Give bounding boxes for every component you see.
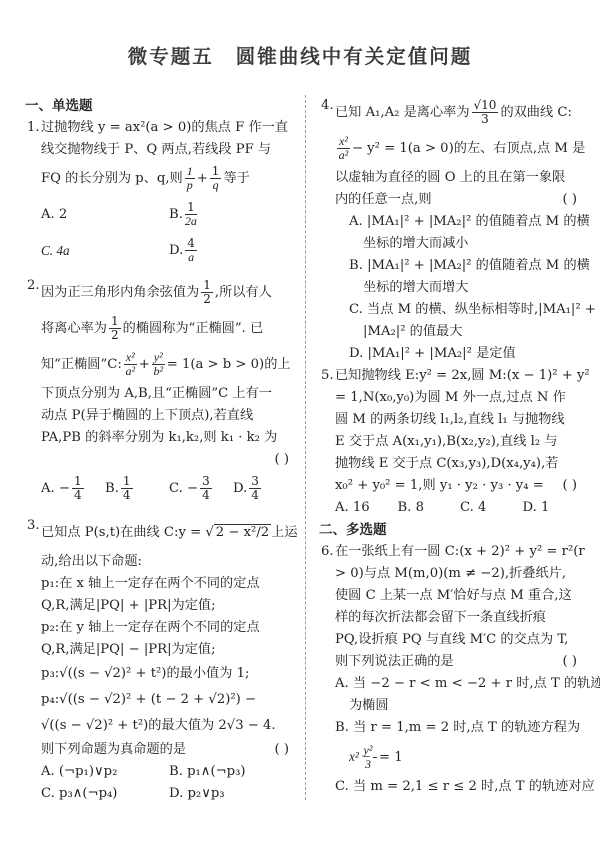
text: 知“正椭圆”C: bbox=[41, 357, 122, 372]
fraction: 4a bbox=[185, 237, 197, 264]
option-d[interactable]: D.4a bbox=[169, 233, 297, 269]
proposition-p4-cont: √((s − √2)² + t²)的最大值为 2√3 − 4. bbox=[41, 713, 297, 739]
question-text-line: 已知抛物线 E:y² = 2x,圆 M:(x − 1)² + y² bbox=[335, 365, 585, 387]
numerator: 1 bbox=[121, 475, 133, 489]
answer-blank[interactable]: ( ) bbox=[275, 739, 297, 761]
denominator: 4 bbox=[200, 489, 212, 502]
numerator: 4 bbox=[185, 237, 197, 251]
question-3: 3. 已知点 P(s,t)在曲线 C:y = √2 − x²/2上运 动,给出以… bbox=[27, 515, 297, 761]
numerator: 1 bbox=[185, 201, 197, 215]
denominator: 3 bbox=[373, 758, 377, 771]
option-text: 为椭圆 bbox=[349, 695, 585, 717]
label: C. − bbox=[169, 481, 198, 496]
denominator: 4 bbox=[72, 489, 84, 502]
question-text-line: 使圆 C 上某一点 M′恰好与点 M 重合,这 bbox=[335, 585, 585, 607]
title-part-1: 微专题五 bbox=[128, 45, 214, 68]
question-text-line: x²a²− y² = 1(a > 0)的左、右顶点,点 M 是 bbox=[335, 131, 585, 167]
proposition-p2-cont: Q,R,满足|PQ| − |PR|为定值; bbox=[41, 639, 297, 661]
answer-options: A. −14 B.14 C. −34 D.34 bbox=[27, 471, 297, 507]
fraction: √103 bbox=[472, 99, 499, 126]
question-text-line: = 1,N(x₀,y₀)为圆 M 外一点,过点 N 作 bbox=[335, 387, 585, 409]
fraction: 12a bbox=[185, 201, 197, 228]
numerator: 1 bbox=[201, 279, 213, 293]
proposition-p1-cont: Q,R,满足|PQ| + |PR|为定值; bbox=[41, 595, 297, 617]
option-c[interactable]: C. 4 bbox=[460, 497, 523, 519]
question-text-line: x₀² + y₀² = 1,则 y₁ · y₂ · y₃ · y₄ =( ) bbox=[335, 475, 585, 497]
text: − y² = 1(a > 0)的左、右顶点,点 M 是 bbox=[352, 141, 585, 156]
text: 内的任意一点,则 bbox=[335, 192, 432, 207]
numerator: y² bbox=[373, 744, 377, 758]
text: 因为正三角形内角余弦值为 bbox=[41, 285, 199, 300]
proposition-p1: p₁:在 x 轴上一定存在两个不同的定点 bbox=[41, 573, 297, 595]
question-text-line: 知“正椭圆”C:x²a²+y²b²= 1(a > b > 0)的上 bbox=[41, 347, 297, 383]
option-b[interactable]: B. 8 bbox=[398, 497, 461, 519]
question-text-line: 因为正三角形内角余弦值为12,所以有人 bbox=[41, 275, 297, 311]
fraction: 12 bbox=[201, 279, 213, 306]
denominator: a² bbox=[124, 365, 137, 378]
answer-blank[interactable]: ( ) bbox=[275, 449, 297, 471]
option-text: A. |MA₁|² + |MA₂|² 的值随着点 M 的横 bbox=[363, 211, 585, 233]
denominator: a² bbox=[337, 149, 350, 162]
option-b[interactable]: B. 当 r = 1,m = 2 时,点 T 的轨迹方程为x² −y²3= 1 bbox=[321, 717, 585, 776]
text: = 1(a > b > 0)的上 bbox=[167, 357, 291, 372]
text: FQ 的长分别为 p、q,则 bbox=[41, 171, 183, 186]
fraction: y²b² bbox=[152, 351, 165, 378]
fraction: 1p bbox=[185, 165, 195, 192]
option-c[interactable]: C. 当 m = 2,1 ≤ r ≤ 2 时,点 T 的轨迹对应 bbox=[321, 776, 585, 798]
page-title: 微专题五圆锥曲线中有关定值问题 bbox=[0, 41, 600, 69]
option-c[interactable]: C. 4a bbox=[41, 233, 169, 269]
fraction: y²3 bbox=[373, 744, 377, 771]
option-text: B. |MA₁|² + |MA₂|² 的值随着点 M 的横 bbox=[363, 255, 585, 277]
denominator: 2 bbox=[201, 293, 213, 306]
text: ,所以有人 bbox=[215, 285, 272, 300]
fraction: 12 bbox=[109, 315, 121, 342]
sqrt-expression: 2 − x²/2 bbox=[214, 524, 271, 540]
question-text-line: 则下列说法正确的是( ) bbox=[335, 651, 585, 673]
answer-blank[interactable]: ( ) bbox=[563, 475, 585, 497]
question-text-line: 下顶点分别为 A,B,且“正椭圆”C 上有一 bbox=[41, 383, 297, 405]
option-d[interactable]: D. |MA₁|² + |MA₂|² 是定值 bbox=[335, 343, 585, 365]
text: 已知 A₁,A₂ 是离心率为 bbox=[335, 105, 470, 120]
question-1: 1. 过抛物线 y = ax²(a > 0)的焦点 F 作一直 线交抛物线于 P… bbox=[27, 117, 297, 197]
answer-blank[interactable]: ( ) bbox=[563, 651, 585, 673]
option-text: C. 当 m = 2,1 ≤ r ≤ 2 时,点 T 的轨迹对应 bbox=[349, 776, 585, 798]
option-a[interactable]: A. 当 −2 − r < m < −2 + r 时,点 T 的轨迹为椭圆 bbox=[321, 673, 585, 717]
text: 上运 bbox=[271, 525, 297, 540]
text: x₀² + y₀² = 1,则 y₁ · y₂ · y₃ · y₄ = bbox=[335, 478, 544, 493]
denominator: 2a bbox=[185, 215, 197, 228]
option-a[interactable]: A. (¬p₁)∨p₂ bbox=[41, 761, 169, 783]
label: D. bbox=[233, 481, 247, 496]
option-text: A. 当 −2 − r < m < −2 + r 时,点 T 的轨迹 bbox=[349, 673, 585, 695]
proposition-p3: p₃:√((s − √2)² + t²)的最小值为 1; bbox=[41, 661, 297, 687]
question-number: 4. bbox=[321, 95, 334, 117]
question-number: 5. bbox=[321, 365, 334, 387]
question-text-line: 过抛物线 y = ax²(a > 0)的焦点 F 作一直 bbox=[41, 117, 297, 139]
text: 已知点 P(s,t)在曲线 C:y = bbox=[41, 525, 201, 540]
option-d[interactable]: D.34 bbox=[233, 471, 297, 507]
option-a[interactable]: A. |MA₁|² + |MA₂|² 的值随着点 M 的横坐标的增大而减小 bbox=[335, 211, 585, 255]
proposition-p2: p₂:在 y 轴上一定存在两个不同的定点 bbox=[41, 617, 297, 639]
question-5: 5. 已知抛物线 E:y² = 2x,圆 M:(x − 1)² + y² = 1… bbox=[321, 365, 585, 497]
denominator: 4 bbox=[121, 489, 133, 502]
numerator: 3 bbox=[200, 475, 212, 489]
option-text: 坐标的增大而增大 bbox=[363, 277, 585, 299]
denominator: 3 bbox=[472, 113, 499, 126]
option-d[interactable]: D. 1 bbox=[523, 497, 586, 519]
text: 的椭圆称为“正椭圆”. 已 bbox=[123, 321, 264, 336]
denominator: b² bbox=[152, 365, 165, 378]
option-b[interactable]: B.12a bbox=[169, 197, 297, 233]
column-divider bbox=[305, 95, 306, 800]
question-text-line: PA,PB 的斜率分别为 k₁,k₂,则 k₁ · k₂ 为 bbox=[41, 427, 297, 449]
numerator: 1 bbox=[185, 165, 195, 179]
question-text-line: FQ 的长分别为 p、q,则1p+1q等于 bbox=[41, 161, 297, 197]
text: 的双曲线 C: bbox=[500, 105, 571, 120]
numerator: √10 bbox=[472, 99, 499, 113]
title-part-2: 圆锥曲线中有关定值问题 bbox=[236, 45, 473, 68]
question-number: 3. bbox=[27, 515, 40, 537]
question-text-line: 在一张纸上有一圆 C:(x + 2)² + y² = r²(r bbox=[335, 541, 585, 563]
fraction: 1q bbox=[210, 165, 222, 192]
proposition-p4: p₄:√((s − √2)² + (t − 2 + √2)²) − bbox=[41, 687, 297, 713]
question-text-line: 内的任意一点,则( ) bbox=[335, 189, 585, 211]
fraction: x²a² bbox=[337, 135, 350, 162]
question-text-line: PQ,设折痕 PQ 与直线 M′C 的交点为 T, bbox=[335, 629, 585, 651]
right-column: 4. 已知 A₁,A₂ 是离心率为√103的双曲线 C: x²a²− y² = … bbox=[321, 95, 585, 798]
option-a[interactable]: A. −14 bbox=[41, 471, 105, 507]
numerator: 1 bbox=[109, 315, 121, 329]
question-6: 6. 在一张纸上有一圆 C:(x + 2)² + y² = r²(r > 0)与… bbox=[321, 541, 585, 798]
question-number: 6. bbox=[321, 541, 334, 563]
label: B. bbox=[105, 481, 119, 496]
question-text-line: E 交于点 A(x₁,y₁),B(x₂,y₂),直线 l₂ 与 bbox=[335, 431, 585, 453]
option-text: 坐标的增大而减小 bbox=[363, 233, 585, 255]
left-column: 一、单选题 1. 过抛物线 y = ax²(a > 0)的焦点 F 作一直 线交… bbox=[27, 95, 297, 805]
section-heading-multi-choice: 二、多选题 bbox=[319, 519, 585, 541]
answer-blank[interactable]: ( ) bbox=[563, 189, 585, 211]
option-a[interactable]: A. 2 bbox=[41, 197, 169, 233]
numerator: y² bbox=[152, 351, 165, 365]
numerator: 3 bbox=[249, 475, 261, 489]
page-bottom-fade bbox=[0, 800, 600, 848]
text: 等于 bbox=[223, 171, 249, 186]
option-a[interactable]: A. 16 bbox=[335, 497, 398, 519]
question-text-line: 则下列命题为真命题的是( ) bbox=[41, 739, 297, 761]
text: 则下列说法正确的是 bbox=[335, 654, 454, 669]
question-text-line: 线交抛物线于 P、Q 两点,若线段 PF 与 bbox=[41, 139, 297, 161]
answer-blank-line: ( ) bbox=[41, 449, 297, 471]
question-text-line: 以虚轴为直径的圆 O 上的且在第一象限 bbox=[335, 167, 585, 189]
option-text: D. |MA₁|² + |MA₂|² 是定值 bbox=[363, 343, 585, 365]
question-text-line: > 0)与点 M(m,0)(m ≠ −2),折叠纸片, bbox=[335, 563, 585, 585]
text: 将离心率为 bbox=[41, 321, 107, 336]
denominator: p bbox=[185, 179, 195, 192]
denominator: q bbox=[210, 179, 222, 192]
answer-options: A. 16 B. 8 C. 4 D. 1 bbox=[321, 497, 585, 519]
denominator: a bbox=[185, 251, 197, 264]
label: D. bbox=[169, 243, 183, 258]
label: A. − bbox=[41, 481, 70, 496]
question-text-line: 已知点 P(s,t)在曲线 C:y = √2 − x²/2上运 bbox=[41, 515, 297, 551]
label: B. bbox=[169, 207, 183, 222]
question-text-line: 已知 A₁,A₂ 是离心率为√103的双曲线 C: bbox=[335, 95, 585, 131]
question-2: 2. 因为正三角形内角余弦值为12,所以有人 将离心率为12的椭圆称为“正椭圆”… bbox=[27, 275, 297, 471]
question-text-line: 圆 M 的两条切线 l₁,l₂,直线 l₁ 与抛物线 bbox=[335, 409, 585, 431]
option-b[interactable]: B.14 bbox=[105, 471, 169, 507]
numerator: x² bbox=[337, 135, 350, 149]
numerator: 1 bbox=[210, 165, 222, 179]
option-text: |MA₂|² 的值最大 bbox=[363, 321, 585, 343]
question-text-line: 动点 P(异于椭圆的上下顶点),若直线 bbox=[41, 405, 297, 427]
question-number: 1. bbox=[27, 117, 40, 139]
answer-options: A. 2 B.12a C. 4a D.4a bbox=[27, 197, 297, 269]
option-c[interactable]: C. 当点 M 的横、纵坐标相等时,|MA₁|² +|MA₂|² 的值最大 bbox=[335, 299, 585, 343]
fraction: x²a² bbox=[124, 351, 137, 378]
question-text-line: 动,给出以下命题: bbox=[41, 551, 297, 573]
question-number: 2. bbox=[27, 275, 40, 297]
question-text-line: 将离心率为12的椭圆称为“正椭圆”. 已 bbox=[41, 311, 297, 347]
answer-options: A. (¬p₁)∨p₂ B. p₁∧(¬p₃) C. p₃∧(¬p₄) D. p… bbox=[27, 761, 297, 805]
section-heading-single-choice: 一、单选题 bbox=[25, 95, 297, 117]
fraction: 34 bbox=[249, 475, 261, 502]
fraction: 34 bbox=[200, 475, 212, 502]
text: 则下列命题为真命题的是 bbox=[41, 742, 186, 757]
question-text-line: 样的每次折法都会留下一条直线折痕 bbox=[335, 607, 585, 629]
numerator: x² bbox=[124, 351, 137, 365]
text: = 1 bbox=[379, 750, 403, 765]
option-text: B. 当 r = 1,m = 2 时,点 T 的轨迹方程为 bbox=[349, 717, 585, 739]
fraction: 14 bbox=[72, 475, 84, 502]
option-text: C. 当点 M 的横、纵坐标相等时,|MA₁|² + bbox=[363, 299, 585, 321]
option-c[interactable]: C. −34 bbox=[169, 471, 233, 507]
fraction: 14 bbox=[121, 475, 133, 502]
option-text: x² −y²3= 1 bbox=[349, 739, 585, 776]
question-4: 4. 已知 A₁,A₂ 是离心率为√103的双曲线 C: x²a²− y² = … bbox=[321, 95, 585, 365]
numerator: 1 bbox=[72, 475, 84, 489]
option-b[interactable]: B. p₁∧(¬p₃) bbox=[169, 761, 297, 783]
denominator: 2 bbox=[109, 329, 121, 342]
denominator: 4 bbox=[249, 489, 261, 502]
option-b[interactable]: B. |MA₁|² + |MA₂|² 的值随着点 M 的横坐标的增大而增大 bbox=[335, 255, 585, 299]
question-text-line: 抛物线 E 交于点 C(x₃,y₃),D(x₄,y₄),若 bbox=[335, 453, 585, 475]
